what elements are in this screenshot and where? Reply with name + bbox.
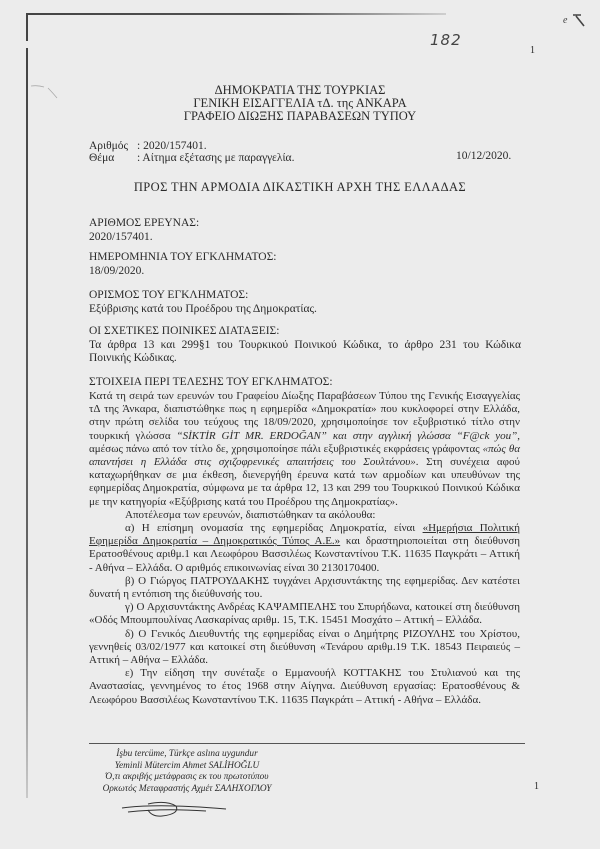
section-heading: ΣΤΟΙΧΕΙΑ ΠΕΡΙ ΤΕΛΕΣΗΣ ΤΟΥ ΕΓΚΛΗΜΑΤΟΣ: — [89, 376, 519, 390]
section-value: Τα άρθρα 13 και 299§1 του Τουρκικού Ποιν… — [89, 339, 521, 366]
cert-line-tr-1: İşbu tercüme, Türkçe aslına uygundur — [92, 749, 282, 761]
page-number-top: 1 — [530, 45, 535, 56]
section-value: 18/09/2020. — [89, 265, 519, 279]
text: α) Η επίσημη ονομασία της εφημερίδας Δημ… — [125, 522, 423, 534]
subject-label: Θέμα — [89, 152, 114, 164]
section-crime-details-heading: ΣΤΟΙΧΕΙΑ ΠΕΡΙ ΤΕΛΕΣΗΣ ΤΟΥ ΕΓΚΛΗΜΑΤΟΣ: — [89, 376, 519, 390]
turkish-headline: “SİKTİR GİT MR. ERDOĞAN” — [177, 430, 327, 442]
section-heading: ΑΡΙΘΜΟΣ ΕΡΕΥΝΑΣ: — [89, 217, 519, 231]
handwritten-page-number: 182 — [430, 31, 462, 49]
finding-a: α) Η επίσημη ονομασία της εφημερίδας Δημ… — [89, 522, 520, 575]
finding-c: γ) Ο Αρχισυντάκτης Ανδρέας ΚΑΨΑΜΠΕΛΗΣ το… — [89, 601, 520, 627]
section-investigation-number: ΑΡΙΘΜΟΣ ΕΡΕΥΝΑΣ: 2020/157401. — [89, 217, 519, 244]
header-department: ΓΡΑΦΕΙΟ ΔΙΩΞΗΣ ΠΑΡΑΒΑΣΕΩΝ ΤΥΠΟΥ — [0, 110, 600, 124]
crime-details-body: Κατά τη σειρά των ερευνών του Γραφείου Δ… — [89, 390, 520, 707]
section-heading: ΗΜΕΡΟΜΗΝΙΑ ΤΟΥ ΕΓΚΛΗΜΑΤΟΣ: — [89, 251, 519, 265]
footer-divider — [89, 743, 525, 744]
page-top-border — [26, 13, 446, 15]
cert-line-gr-2: Ορκωτός Μεταφραστής Αχμέτ ΣΑΛΗΧΟΓΛΟΥ — [92, 784, 282, 796]
page-left-border — [26, 48, 28, 798]
document-date: 10/12/2020. — [456, 150, 511, 162]
number-value: : 2020/157401. — [137, 140, 207, 152]
cert-line-gr-1: Ό,τι ακριβής μετάφρασις εκ του πρωτοτύπο… — [92, 772, 282, 784]
section-heading: ΟΙ ΣΧΕΤΙΚΕΣ ΠΟΙΝΙΚΕΣ ΔΙΑΤΑΞΕΙΣ: — [89, 325, 521, 339]
section-heading: ΟΡΙΣΜΟΣ ΤΟΥ ΕΓΚΛΗΜΑΤΟΣ: — [89, 289, 519, 303]
number-label: Αριθμός — [89, 140, 128, 152]
section-crime-definition: ΟΡΙΣΜΟΣ ΤΟΥ ΕΓΚΛΗΜΑΤΟΣ: Εξύβρισης κατά τ… — [89, 289, 519, 316]
finding-e: ε) Την είδηση την συνέταξε ο Εμμανουήλ Κ… — [89, 667, 520, 707]
page-left-border-top — [26, 13, 28, 41]
page-number-bottom: 1 — [534, 781, 539, 792]
results-intro: Αποτέλεσμα των ερευνών, διαπιστώθηκαν τα… — [89, 509, 520, 522]
english-headline: και στην αγγλική γλώσσα “F@ck you” — [327, 430, 517, 442]
section-value: 2020/157401. — [89, 231, 519, 245]
cert-line-tr-2: Yeminli Mütercim Ahmet SALİHOĞLU — [92, 761, 282, 773]
finding-d: δ) Ο Γενικός Διευθυντής της εφημερίδας ε… — [89, 628, 520, 668]
corner-mark-icon — [572, 13, 586, 27]
signature-icon — [118, 800, 228, 822]
section-crime-date: ΗΜΕΡΟΜΗΝΙΑ ΤΟΥ ΕΓΚΛΗΜΑΤΟΣ: 18/09/2020. — [89, 251, 519, 278]
addressee-heading: ΠΡΟΣ ΤΗΝ ΑΡΜΟΔΙΑ ΔΙΚΑΣΤΙΚΗ ΑΡΧΗ ΤΗΣ ΕΛΛΑ… — [0, 180, 600, 195]
finding-b: β) Ο Γιώργος ΠΑΤΡΟΥΔΑΚΗΣ τυγχάνει Αρχισυ… — [89, 575, 520, 601]
crime-details-paragraph: Κατά τη σειρά των ερευνών του Γραφείου Δ… — [89, 390, 520, 509]
translator-certification: İşbu tercüme, Türkçe aslına uygundur Yem… — [92, 749, 282, 795]
subject-value: : Αίτημα εξέτασης με παραγγελία. — [137, 152, 294, 164]
stray-mark: e — [563, 15, 567, 26]
section-penal-provisions: ΟΙ ΣΧΕΤΙΚΕΣ ΠΟΙΝΙΚΕΣ ΔΙΑΤΑΞΕΙΣ: Τα άρθρα… — [89, 325, 521, 366]
section-value: Εξύβρισης κατά του Προέδρου της Δημοκρατ… — [89, 303, 519, 317]
